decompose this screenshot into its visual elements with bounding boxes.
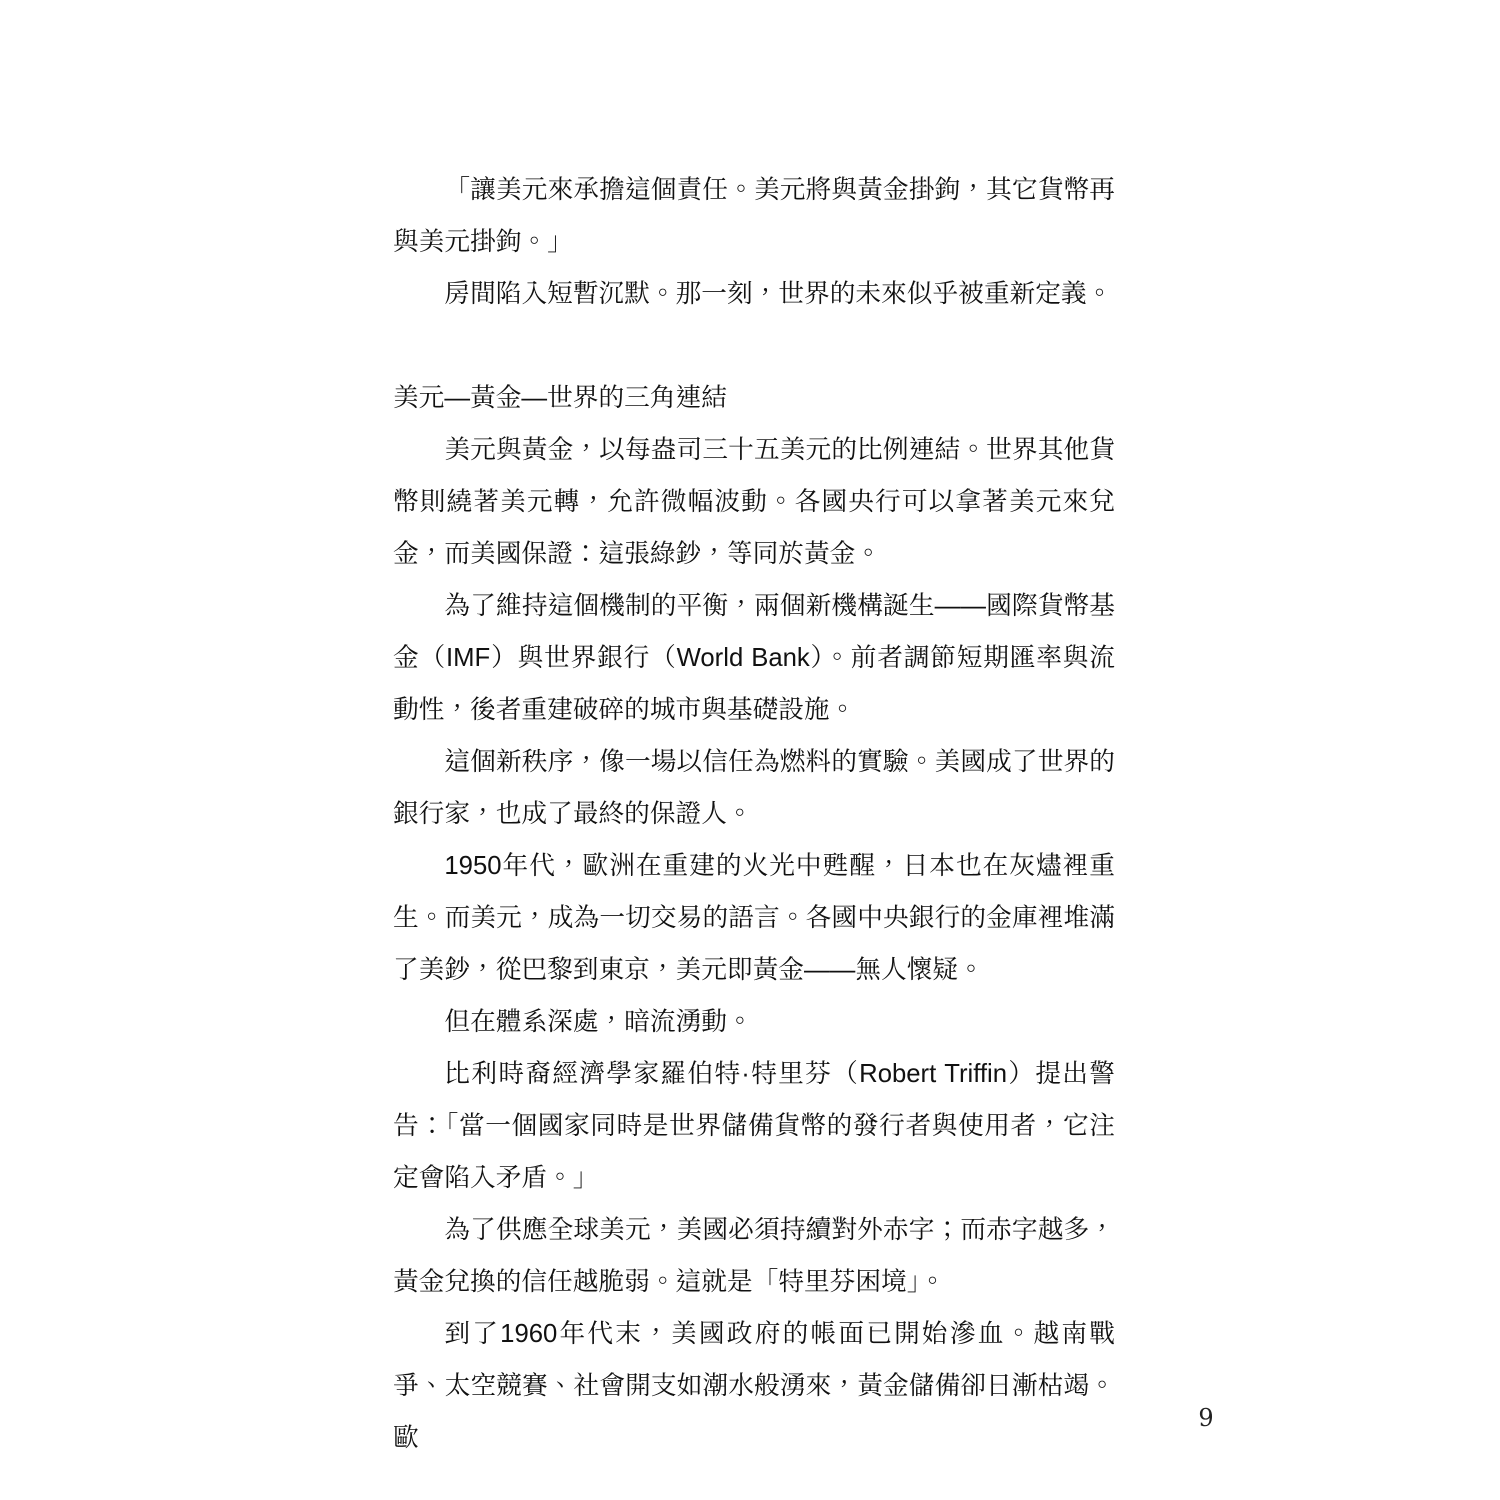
page-text-block: 「讓美元來承擔這個責任。美元將與黃金掛鉤，其它貨幣再與美元掛鉤。」房間陷入短暫沉… <box>393 164 1115 1464</box>
section-heading: 美元—黃金—世界的三角連結 <box>393 372 1115 424</box>
body-paragraph: 房間陷入短暫沉默。那一刻，世界的未來似乎被重新定義。 <box>393 268 1115 320</box>
body-paragraph: 到了1960年代末，美國政府的帳面已開始滲血。越南戰爭、太空競賽、社會開支如潮水… <box>393 1308 1115 1464</box>
body-paragraph: 1950年代，歐洲在重建的火光中甦醒，日本也在灰燼裡重生。而美元，成為一切交易的… <box>393 840 1115 996</box>
blank-line <box>393 320 1115 372</box>
page-number: 9 <box>1186 1402 1226 1434</box>
body-paragraph: 這個新秩序，像一場以信任為燃料的實驗。美國成了世界的銀行家，也成了最終的保證人。 <box>393 736 1115 840</box>
body-paragraph: 比利時裔經濟學家羅伯特·特里芬（Robert Triffin）提出警告：「當一個… <box>393 1048 1115 1204</box>
body-paragraph: 但在體系深處，暗流湧動。 <box>393 996 1115 1048</box>
body-paragraph: 美元與黃金，以每盎司三十五美元的比例連結。世界其他貨幣則繞著美元轉，允許微幅波動… <box>393 424 1115 580</box>
body-paragraph: 為了維持這個機制的平衡，兩個新機構誕生——國際貨幣基金（IMF）與世界銀行（Wo… <box>393 580 1115 736</box>
book-page: 「讓美元來承擔這個責任。美元將與黃金掛鉤，其它貨幣再與美元掛鉤。」房間陷入短暫沉… <box>0 0 1500 1500</box>
body-paragraph: 為了供應全球美元，美國必須持續對外赤字；而赤字越多，黃金兌換的信任越脆弱。這就是… <box>393 1204 1115 1308</box>
body-paragraph: 「讓美元來承擔這個責任。美元將與黃金掛鉤，其它貨幣再與美元掛鉤。」 <box>393 164 1115 268</box>
